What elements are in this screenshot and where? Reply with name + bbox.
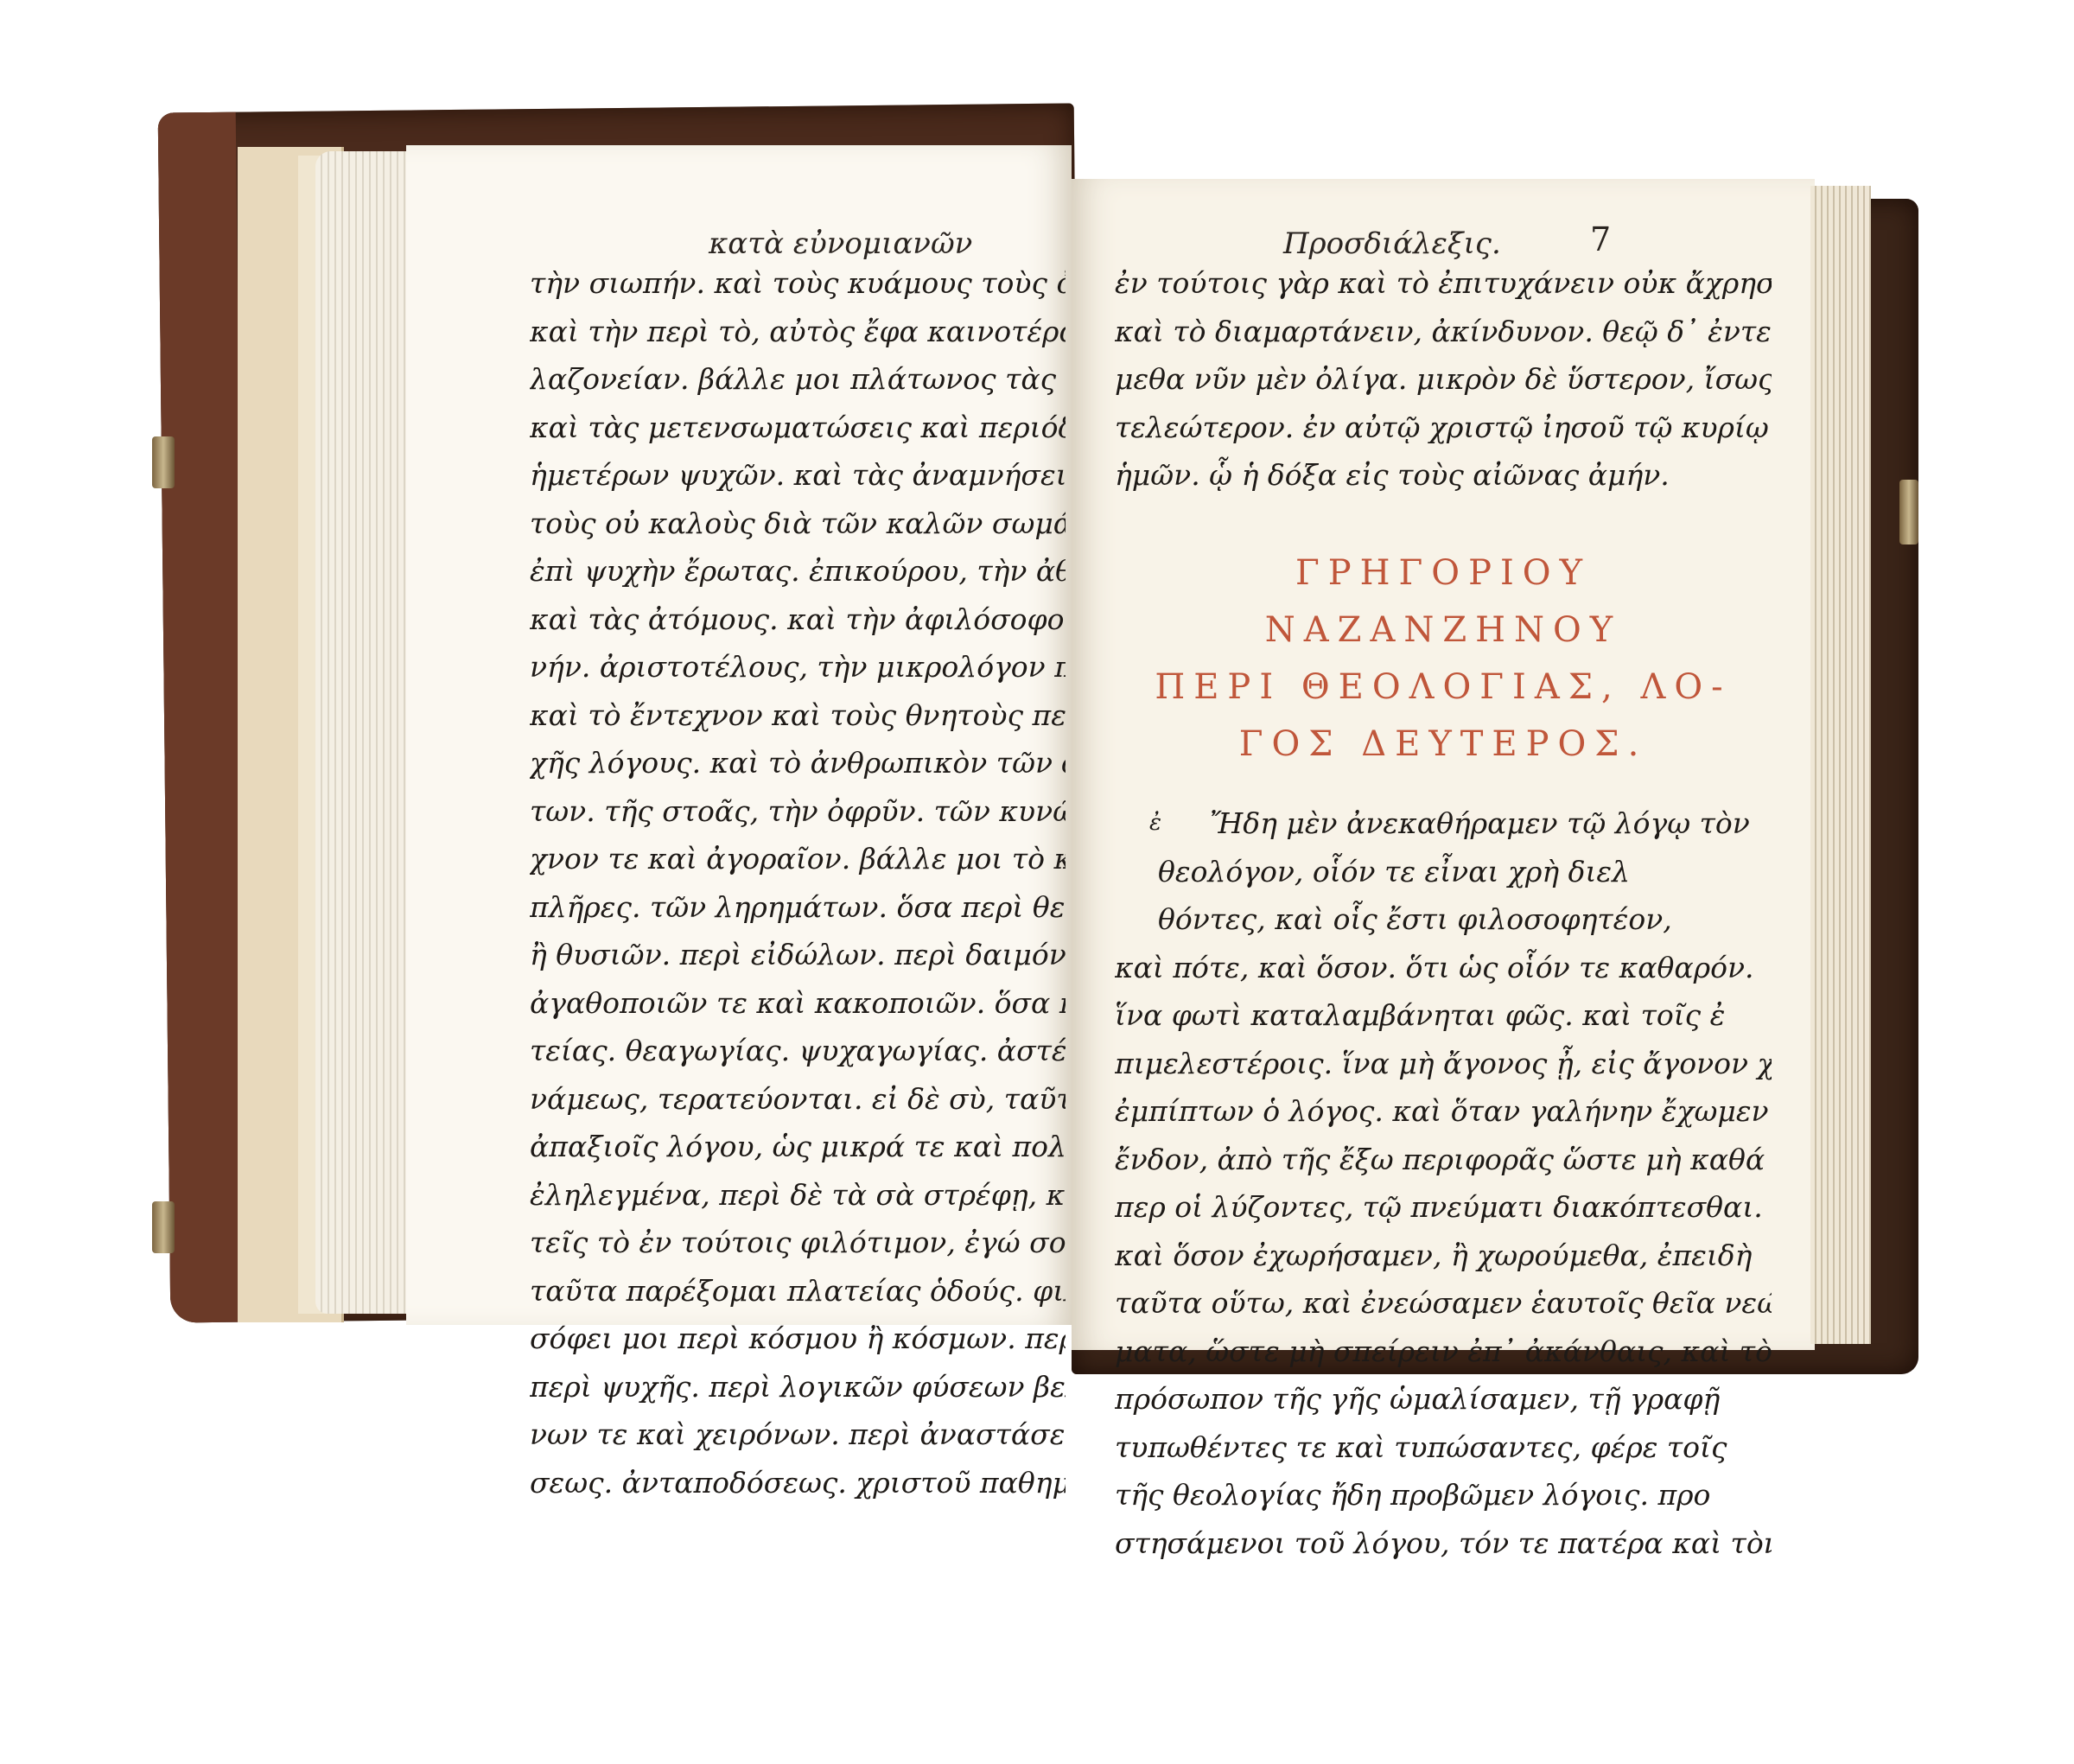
- text-line: νων τε καὶ χειρόνων. περὶ ἀναστάσεως. κρ…: [530, 1411, 1066, 1459]
- text-line: σόφει μοι περὶ κόσμου ἢ κόσμων. περὶ ὕλη…: [530, 1315, 1066, 1363]
- text-line: τεῖς τὸ ἐν τούτοις φιλότιμον, ἐγώ σοι κα…: [530, 1219, 1066, 1267]
- text-line: ἐν τούτοις γὰρ καὶ τὸ ἐπιτυχάνειν οὐκ ἄχ…: [1115, 259, 1772, 308]
- text-line: ἐμπίπτων ὁ λόγος. καὶ ὅταν γαλήνην ἔχωμε…: [1115, 1087, 1772, 1136]
- right-page-edges: [1810, 186, 1871, 1344]
- text-line: λαζονείαν. βάλλε μοι πλάτωνος τὰς ἰδέας: [530, 355, 1066, 404]
- text-line: σεως. ἀνταποδόσεως. χριστοῦ παθημάτων.: [530, 1459, 1066, 1507]
- text-line: καὶ πότε, καὶ ὅσον. ὅτι ὡς οἷόν τε καθαρ…: [1115, 944, 1772, 992]
- text-line: καὶ τὸ διαμαρτάνειν, ἀκίνδυνον. θεῷ δ᾽ ἐ…: [1115, 308, 1772, 356]
- text-line: ἡμῶν. ᾧ ἡ δόξα εἰς τοὺς αἰῶνας ἀμήν.: [1115, 451, 1772, 500]
- text-line: πρόσωπον τῆς γῆς ὡμαλίσαμεν, τῇ γραφῇ: [1115, 1375, 1772, 1423]
- page-number: 7: [1590, 220, 1611, 258]
- text-line: ἀπαξιοῖς λόγου, ὡς μικρά τε καὶ πολλάκις: [530, 1123, 1066, 1171]
- text-line: θεολόγον, οἷόν τε εἶναι χρὴ διελ: [1115, 848, 1772, 896]
- text-line: ταῦτα οὕτω, καὶ ἐνεώσαμεν ἑαυτοῖς θεῖα ν…: [1115, 1279, 1772, 1328]
- text-line: ματα, ὥστε μὴ σπείρειν ἐπ᾽ ἀκάνθαις, καὶ…: [1115, 1328, 1772, 1376]
- text-line: ἵνα φωτὶ καταλαμβάνηται φῶς. καὶ τοῖς ἐ: [1115, 991, 1772, 1040]
- text-line: καὶ τὰς μετενσωματώσεις καὶ περιόδους: [530, 404, 1066, 452]
- left-running-head: κατὰ εὐνομιανῶν: [709, 226, 972, 261]
- text-line: ἢ θυσιῶν. περὶ εἰδώλων. περὶ δαιμόνων.: [530, 931, 1066, 979]
- right-running-head: Προσδιάλεξις.: [1283, 226, 1501, 261]
- text-line: ἐληλεγμένα, περὶ δὲ τὰ σὰ στρέφῃ, καὶ ζη: [530, 1171, 1066, 1220]
- title-line: ΓΟΣ ΔΕΥΤΕΡΟΣ.: [1115, 716, 1772, 773]
- text-line: στησάμενοι τοῦ λόγου, τόν τε πατέρα καὶ …: [1115, 1519, 1772, 1568]
- text-line: καὶ τὰς ἀτόμους. καὶ τὴν ἀφιλόσοφον ἡδο: [530, 595, 1066, 644]
- text-line: πιμελεστέροις. ἵνα μὴ ἄγονος ᾖ, εἰς ἄγον…: [1115, 1040, 1772, 1088]
- text-line: μεθα νῦν μὲν ὀλίγα. μικρὸν δὲ ὕστερον, ἴ…: [1115, 355, 1772, 404]
- title-line: ΓΡΗΓΟΡΙΟΥ ΝΑΖΑΝΖΗΝΟΥ: [1115, 544, 1772, 659]
- text-line: ἔνδον, ἀπὸ τῆς ἔξω περιφορᾶς ὥστε μὴ καθ…: [1115, 1136, 1772, 1184]
- text-line: νήν. ἀριστοτέλους, τὴν μικρολόγον πρόνοι…: [530, 643, 1066, 691]
- text-line: ἀγαθοποιῶν τε καὶ κακοποιῶν. ὅσα περὶ μα…: [530, 979, 1066, 1028]
- text-line: τυπωθέντες τε καὶ τυπώσαντες, φέρε τοῖς: [1115, 1423, 1772, 1472]
- text-line: τοὺς οὐ καλοὺς διὰ τῶν καλῶν σωμάτων: [530, 500, 1066, 548]
- text-line: ἡμετέρων ψυχῶν. καὶ τὰς ἀναμνήσεις. καὶ: [530, 451, 1066, 500]
- text-line: περ οἱ λύζοντες, τῷ πνεύματι διακόπτεσθα…: [1115, 1183, 1772, 1232]
- text-line: τῆς θεολογίας ἤδη προβῶμεν λόγοις. προ: [1115, 1471, 1772, 1519]
- text-line: των. τῆς στοᾶς, τὴν ὀφρῦν. τῶν κυνῶν, τὸ…: [530, 787, 1066, 836]
- text-line: τὴν σιωπήν. καὶ τοὺς κυάμους τοὺς ὀρφικο…: [530, 259, 1066, 308]
- text-line: τελεώτερον. ἐν αὐτῷ χριστῷ ἰησοῦ τῷ κυρί…: [1115, 404, 1772, 452]
- left-page-text: τὴν σιωπήν. καὶ τοὺς κυάμους τοὺς ὀρφικο…: [530, 259, 1066, 1506]
- text-line: χνον τε καὶ ἀγοραῖον. βάλλε μοι τὸ κενόν…: [530, 835, 1066, 883]
- text-line: καὶ τὸ ἔντεχνον καὶ τοὺς θνητοὺς περὶ ψυ: [530, 691, 1066, 740]
- text-line: περὶ ψυχῆς. περὶ λογικῶν φύσεων βελτιό: [530, 1363, 1066, 1411]
- text-line: Ἤδη μὲν ἀνεκαθήραμεν τῷ λόγῳ τὸν: [1115, 799, 1772, 848]
- chapter-title-rubric: ΓΡΗΓΟΡΙΟΥ ΝΑΖΑΝΖΗΝΟΥ ΠΕΡΙ ΘΕΟΛΟΓΙΑΣ, ΛΟ-…: [1115, 544, 1772, 773]
- text-line: ταῦτα παρέξομαι πλατείας ὁδούς. φιλο: [530, 1267, 1066, 1315]
- text-line: καὶ τὴν περὶ τὸ, αὐτὸς ἔφα καινοτέραν: [530, 308, 1066, 356]
- right-page-body-text: Ἤδη μὲν ἀνεκαθήραμεν τῷ λόγῳ τὸν θεολόγο…: [1115, 799, 1772, 1567]
- brass-clasp-icon: [152, 436, 175, 488]
- text-line: καὶ ὅσον ἐχωρήσαμεν, ἢ χωρούμεθα, ἐπειδὴ: [1115, 1232, 1772, 1280]
- text-line: τείας. θεαγωγίας. ψυχαγωγίας. ἀστέρων δυ: [530, 1027, 1066, 1075]
- brass-clasp-icon: [1899, 480, 1918, 544]
- brass-clasp-icon: [152, 1201, 175, 1253]
- title-line: ΠΕΡΙ ΘΕΟΛΟΓΙΑΣ, ΛΟ-: [1115, 659, 1772, 716]
- cover-edge: [158, 112, 249, 1323]
- left-page-edges: [315, 151, 419, 1314]
- text-line: πλῆρες. τῶν ληρημάτων. ὅσα περὶ θεῶν: [530, 883, 1066, 932]
- text-line: χῆς λόγους. καὶ τὸ ἀνθρωπικὸν τῶν δογμά: [530, 739, 1066, 787]
- text-line: θόντες, καὶ οἷς ἔστι φιλοσοφητέον,: [1115, 895, 1772, 944]
- text-line: νάμεως, τερατεύονται. εἰ δὲ σὺ, ταῦτα μὲ…: [530, 1075, 1066, 1124]
- text-line: ἐπὶ ψυχὴν ἔρωτας. ἐπικούρου, τὴν ἀθεΐαν: [530, 547, 1066, 595]
- right-page-intro-text: ἐν τούτοις γὰρ καὶ τὸ ἐπιτυχάνειν οὐκ ἄχ…: [1115, 259, 1772, 500]
